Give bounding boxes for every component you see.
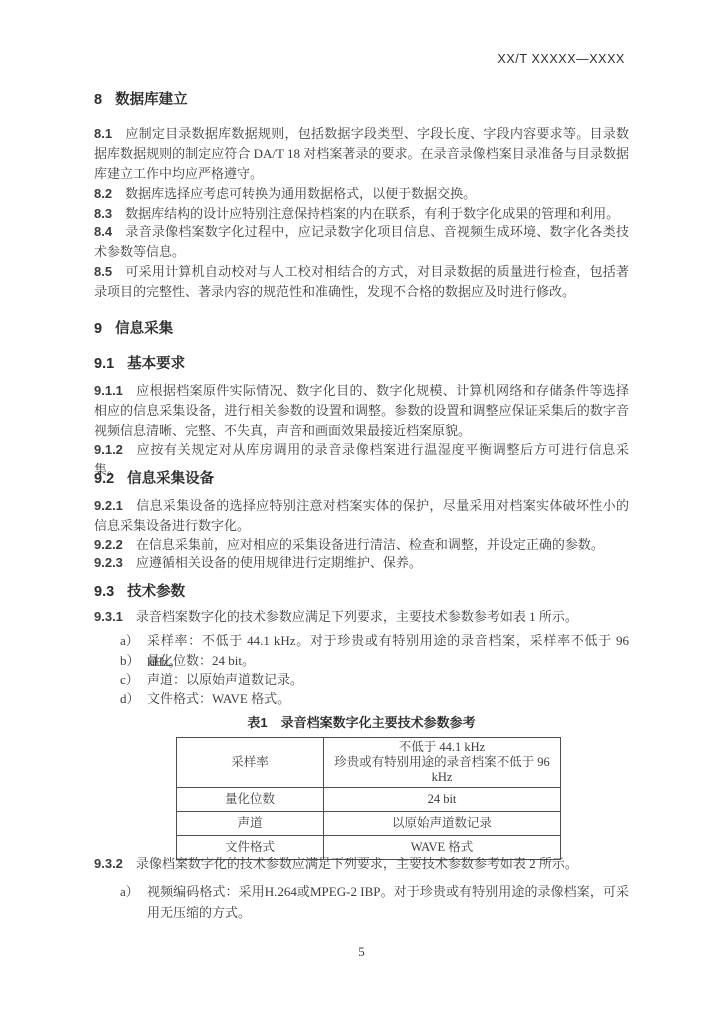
clause-number: 9.3.2: [94, 856, 123, 871]
table-row: 量化位数 24 bit: [177, 788, 561, 812]
table1-caption: 表1 录音档案数字化主要技术参数参考: [94, 712, 629, 731]
clause-number: 8.1: [94, 126, 112, 141]
clause-number: 8.3: [94, 206, 112, 221]
heading-number: 9: [94, 321, 102, 337]
param-label-cell: 声道: [177, 812, 324, 836]
clause-9-3-2: 9.3.2录像档案数字化的技术参数应满足下列要求，主要技术参数参考如表 2 所示…: [94, 854, 629, 874]
page-number: 5: [94, 944, 629, 960]
param-value-cell: 24 bit: [324, 788, 561, 812]
list-item-text: 文件格式：WAVE 格式。: [147, 688, 629, 709]
clause-8-2: 8.2数据库选择应考虑可转换为通用数据格式，以便于数据交换。: [94, 184, 629, 204]
section-heading-9-3: 9.3技术参数: [94, 580, 185, 601]
audio-param-item-b: b） 量化位数：24 bit。: [120, 650, 629, 671]
clause-text: 在信息采集前，应对相应的采集设备进行清洁、检查和调整，并设定正确的参数。: [136, 537, 604, 552]
clause-text: 应制定目录数据库数据规则，包括数据字段类型、字段长度、字段内容要求等。目录数据库…: [94, 126, 629, 181]
clause-8-3: 8.3数据库结构的设计应特别注意保持档案的内在联系，有利于数字化成果的管理和利用…: [94, 204, 629, 224]
section-heading-8: 8数据库建立: [94, 88, 188, 109]
clause-number: 8.2: [94, 186, 112, 201]
list-marker: b）: [120, 650, 147, 671]
clause-number: 9.1.1: [94, 383, 123, 398]
table-row: 声道 以原始声道数记录: [177, 812, 561, 836]
param-value-cell: 以原始声道数记录: [324, 812, 561, 836]
clause-number: 9.2.3: [94, 555, 123, 570]
section-heading-9-1: 9.1基本要求: [94, 352, 185, 373]
list-marker: d）: [120, 688, 147, 709]
clause-text: 应根据档案原件实际情况、数字化目的、数字化规模、计算机网络和存储条件等选择相应的…: [94, 383, 629, 438]
heading-title: 技术参数: [127, 584, 185, 600]
list-marker: c）: [120, 669, 147, 690]
clause-text: 录像档案数字化的技术参数应满足下列要求，主要技术参数参考如表 2 所示。: [136, 856, 578, 871]
clause-number: 8.4: [94, 224, 112, 239]
clause-text: 数据库选择应考虑可转换为通用数据格式，以便于数据交换。: [125, 186, 476, 201]
clause-text: 数据库结构的设计应特别注意保持档案的内在联系，有利于数字化成果的管理和利用。: [125, 206, 619, 221]
list-item-text: 量化位数：24 bit。: [147, 650, 629, 671]
clause-8-5: 8.5可采用计算机自动校对与人工校对相结合的方式，对目录数据的质量进行检查，包括…: [94, 262, 629, 302]
video-param-item-a: a） 视频编码格式：采用H.264或MPEG-2 IBP。对于珍贵或有特别用途的…: [120, 881, 629, 923]
doc-code: XX/T XXXXX—XXXX: [497, 52, 625, 66]
document-page: XX/T XXXXX—XXXX 8数据库建立 8.1应制定目录数据库数据规则，包…: [0, 0, 720, 1019]
param-label-cell: 量化位数: [177, 788, 324, 812]
clause-text: 录音录像档案数字化过程中，应记录数字化项目信息、音视频生成环境、数字化各类技术参…: [94, 224, 629, 259]
heading-title: 信息采集: [115, 321, 173, 337]
clause-9-1-1: 9.1.1应根据档案原件实际情况、数字化目的、数字化规模、计算机网络和存储条件等…: [94, 381, 629, 441]
clause-number: 9.1.2: [94, 442, 123, 457]
clause-text: 可采用计算机自动校对与人工校对相结合的方式，对目录数据的质量进行检查，包括著录项…: [94, 264, 629, 299]
heading-number: 9.1: [94, 356, 114, 372]
clause-9-2-2: 9.2.2在信息采集前，应对相应的采集设备进行清洁、检查和调整，并设定正确的参数…: [94, 535, 629, 555]
clause-text: 应遵循相关设备的使用规律进行定期维护、保养。: [136, 555, 422, 570]
section-heading-9-2: 9.2信息采集设备: [94, 467, 214, 488]
clause-9-2-1: 9.2.1信息采集设备的选择应特别注意对档案实体的保护，尽量采用对档案实体破坏性…: [94, 496, 629, 536]
audio-param-item-c: c） 声道：以原始声道数记录。: [120, 669, 629, 690]
clause-9-3-1: 9.3.1录音档案数字化的技术参数应满足下列要求，主要技术参数参考如表 1 所示…: [94, 607, 629, 627]
clause-8-4: 8.4录音录像档案数字化过程中，应记录数字化项目信息、音视频生成环境、数字化各类…: [94, 222, 629, 262]
heading-number: 9.2: [94, 471, 114, 487]
param-label-cell: 采样率: [177, 738, 324, 788]
clause-number: 9.2.2: [94, 537, 123, 552]
list-item-text: 声道：以原始声道数记录。: [147, 669, 629, 690]
table-row: 采样率 不低于 44.1 kHz 珍贵或有特别用途的录音档案不低于 96 kHz: [177, 738, 561, 788]
clause-text: 信息采集设备的选择应特别注意对档案实体的保护，尽量采用对档案实体破坏性小的信息采…: [94, 498, 629, 533]
clause-number: 9.2.1: [94, 498, 123, 513]
clause-number: 8.5: [94, 264, 112, 279]
audio-params-table: 采样率 不低于 44.1 kHz 珍贵或有特别用途的录音档案不低于 96 kHz…: [176, 737, 561, 860]
heading-number: 8: [94, 92, 102, 108]
audio-param-item-d: d） 文件格式：WAVE 格式。: [120, 688, 629, 709]
heading-title: 基本要求: [127, 356, 185, 372]
clause-text: 录音档案数字化的技术参数应满足下列要求，主要技术参数参考如表 1 所示。: [136, 609, 578, 624]
clause-number: 9.3.1: [94, 609, 123, 624]
list-marker: a）: [120, 881, 147, 923]
list-item-text: 视频编码格式：采用H.264或MPEG-2 IBP。对于珍贵或有特别用途的录像档…: [147, 881, 629, 923]
param-value-cell: 不低于 44.1 kHz 珍贵或有特别用途的录音档案不低于 96 kHz: [324, 738, 561, 788]
heading-number: 9.3: [94, 584, 114, 600]
heading-title: 数据库建立: [115, 92, 188, 108]
clause-9-2-3: 9.2.3应遵循相关设备的使用规律进行定期维护、保养。: [94, 553, 629, 573]
heading-title: 信息采集设备: [127, 471, 214, 487]
clause-8-1: 8.1应制定目录数据库数据规则，包括数据字段类型、字段长度、字段内容要求等。目录…: [94, 124, 629, 184]
section-heading-9: 9信息采集: [94, 317, 173, 338]
